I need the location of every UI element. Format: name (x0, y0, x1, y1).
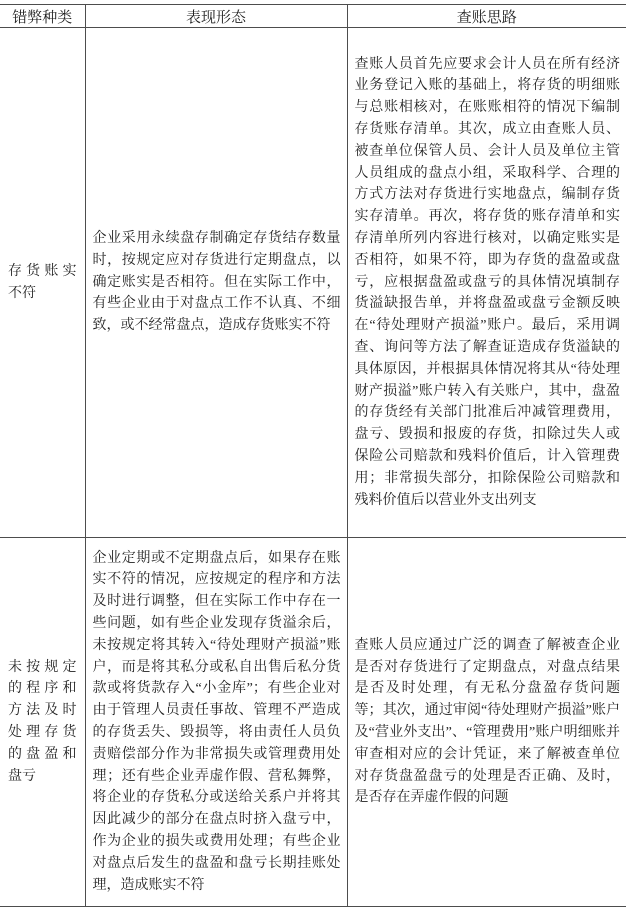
column-header-audit-approach: 查账思路 (347, 5, 626, 28)
cell-audit-approach: 查账人员首先应要求会计人员在所有经济业务登记入账的基础上，将存货的明细账与总账相… (347, 28, 626, 538)
cell-manifestation: 企业采用永续盘存制确定存货结存数量时，按规定应对存货进行定期盘点，以确定账实是否… (85, 28, 347, 538)
table-row-inventory-mismatch: 存货账实不符 企业采用永续盘存制确定存货结存数量时，按规定应对存货进行定期盘点，… (0, 28, 626, 538)
column-header-manifestation: 表现形态 (85, 5, 347, 28)
column-header-error-type: 错弊种类 (0, 5, 85, 28)
inventory-audit-table: 错弊种类 表现形态 查账思路 存货账实不符 企业采用永续盘存制确定存货结存数量时… (0, 4, 626, 907)
document-page: 错弊种类 表现形态 查账思路 存货账实不符 企业采用永续盘存制确定存货结存数量时… (0, 0, 626, 908)
cell-error-type: 存货账实不符 (0, 28, 85, 538)
cell-audit-approach: 查账人员应通过广泛的调查了解被查企业是否对存货进行了定期盘点，对盘点结果是否及时… (347, 538, 626, 907)
header-row: 错弊种类 表现形态 查账思路 (0, 5, 626, 28)
cell-error-type: 未按规定的程序和方法及时处理存货的盘盈和盘亏 (0, 538, 85, 907)
table-row-untimely-handling: 未按规定的程序和方法及时处理存货的盘盈和盘亏 企业定期或不定期盘点后，如果存在账… (0, 538, 626, 907)
cell-manifestation: 企业定期或不定期盘点后，如果存在账实不符的情况，应按规定的程序和方法及时进行调整… (85, 538, 347, 907)
